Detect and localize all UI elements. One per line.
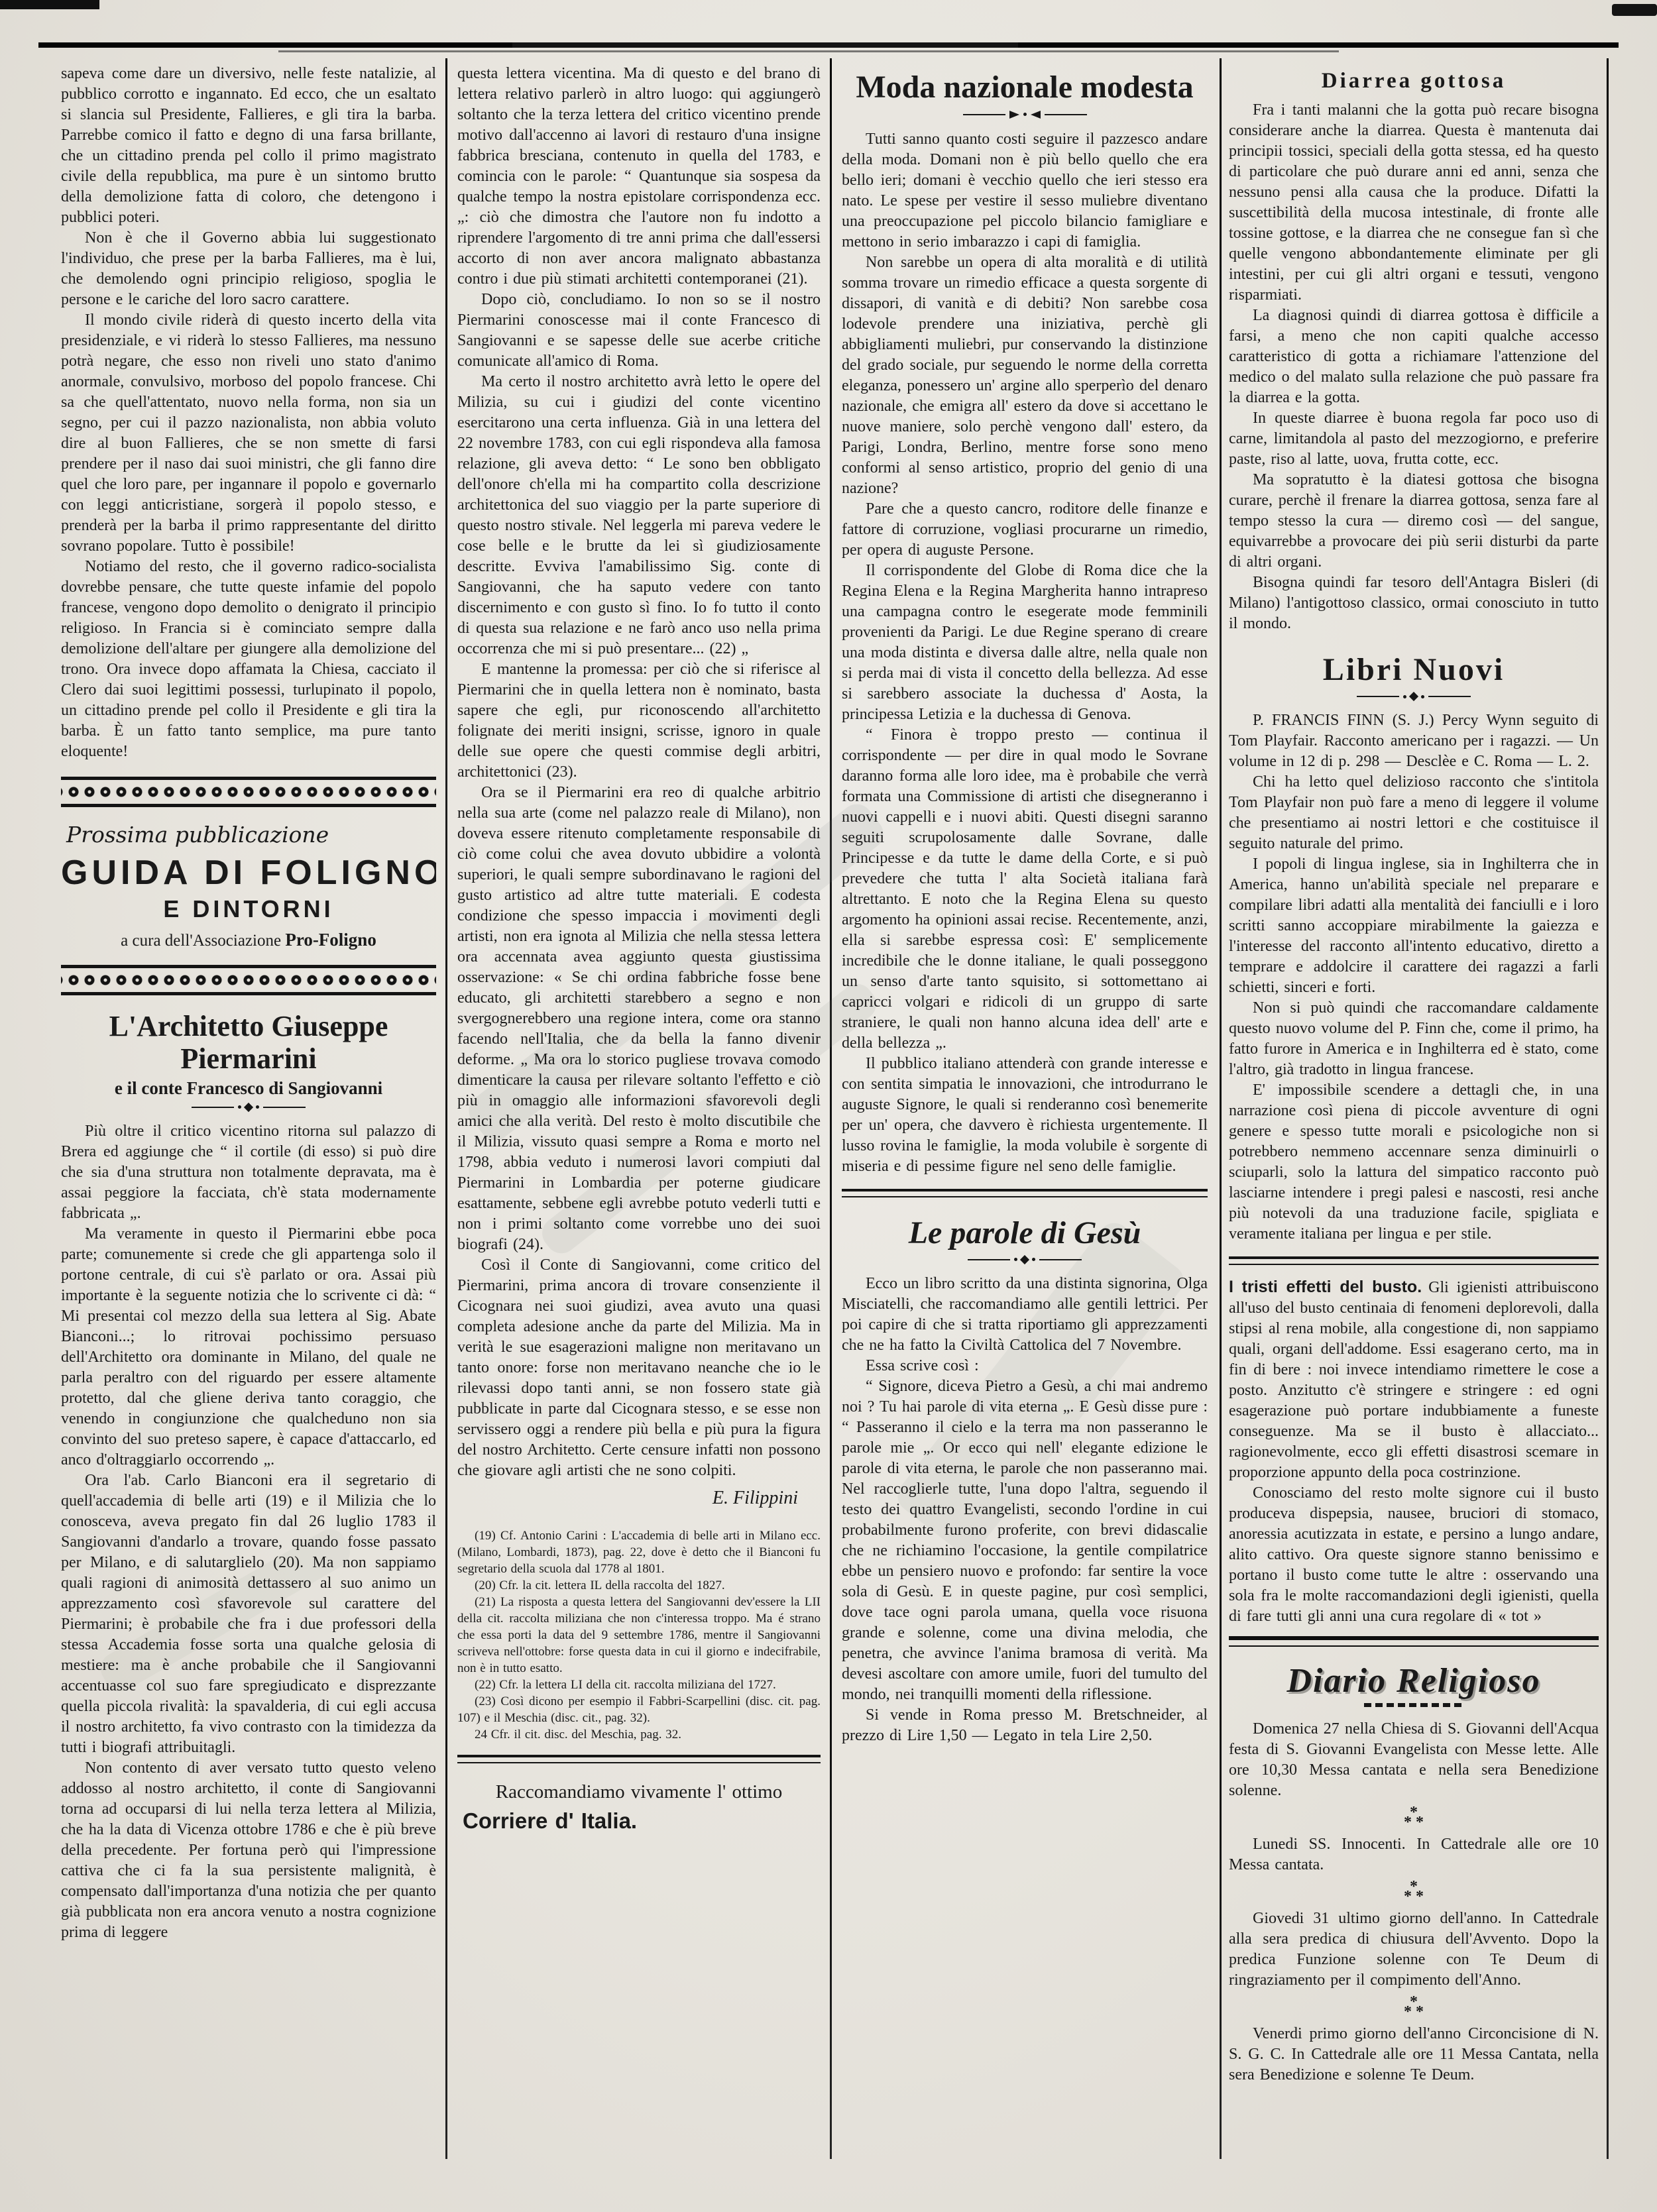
- column-divider-3: [1220, 58, 1222, 2159]
- ad-lead-line: Prossima pubblicazione: [61, 822, 436, 848]
- arrow-right-icon: [1009, 111, 1019, 119]
- paragraph: Bisogna quindi far tesoro dell'Antagra B…: [1229, 573, 1599, 634]
- paragraph: Il mondo civile riderà di questo incerto…: [61, 310, 436, 557]
- scan-smudge-right: [1612, 4, 1657, 16]
- ornament-dot: [256, 1105, 259, 1109]
- column-divider-4: [1607, 58, 1609, 2159]
- section-heading: Le parole di Gesù: [842, 1215, 1208, 1251]
- ornament-line: [192, 1107, 234, 1108]
- paragraph: Non è che il Governo abbia lui suggestio…: [61, 228, 436, 310]
- ad-title: GUIDA DI FOLIGNO: [61, 853, 436, 893]
- paragraph: questa lettera vicentina. Ma di questo e…: [457, 64, 821, 290]
- paragraph: Non sarebbe un opera di alta moralità e …: [842, 252, 1208, 499]
- paragraph: Domenica 27 nella Chiesa di S. Giovanni …: [1229, 1719, 1599, 1801]
- paragraph: “ Finora è troppo presto — continua il c…: [842, 725, 1208, 1054]
- diamond-ornament-icon: [842, 1256, 1208, 1263]
- paragraph: Dopo ciò, concludiamo. Io non so se il n…: [457, 290, 821, 372]
- paragraph: Giovedi 31 ultimo giorno dell'anno. In C…: [1229, 1908, 1599, 1991]
- diamond-ornament-icon: [61, 1104, 436, 1111]
- paragraph: E' impossibile scendere a dettagli che, …: [1229, 1080, 1599, 1244]
- paragraph: Conosciamo del resto molte signore cui i…: [1229, 1483, 1599, 1627]
- paragraph: Notiamo del resto, che il governo radico…: [61, 557, 436, 762]
- paragraph: Tutti sanno quanto costi seguire il pazz…: [842, 129, 1208, 252]
- paragraph: Fra i tanti malanni che la gotta può rec…: [1229, 100, 1599, 305]
- ornament-dot: [1023, 113, 1027, 116]
- asterism-line: * *: [1229, 1892, 1599, 1902]
- paragraph: E mantenne la promessa: per ciò che si r…: [457, 659, 821, 783]
- column-4: Diarrea gottosaFra i tanti malanni che l…: [1229, 64, 1599, 2203]
- paragraph: Il pubblico italiano attenderà con grand…: [842, 1054, 1208, 1177]
- asterism-line: * *: [1229, 1818, 1599, 1828]
- paragraph: Ecco un libro scritto da una distinta si…: [842, 1274, 1208, 1356]
- ad-recommendation-line: Raccomandiamo vivamente l' ottimo: [457, 1782, 821, 1802]
- ornament-dot: [1403, 695, 1406, 698]
- ornament-dot: [1014, 1258, 1017, 1261]
- section-heading: Moda nazionale modesta: [842, 70, 1208, 105]
- page-top-rule: [38, 42, 1619, 48]
- paragraph-lead-in: I tristi effetti del busto.: [1229, 1278, 1422, 1296]
- paragraph: La diagnosi quindi di diarrea gottosa è …: [1229, 305, 1599, 408]
- paragraph: Non si può quindi che raccomandare calda…: [1229, 998, 1599, 1080]
- ornament-line: [968, 1259, 1010, 1260]
- paragraph: Si vende in Roma presso M. Bretschneider…: [842, 1705, 1208, 1746]
- ad-newspaper-name: Corriere d' Italia.: [463, 1810, 821, 1831]
- ornament-line: [1357, 696, 1399, 697]
- diamond-ornament-icon: [1229, 693, 1599, 700]
- heavy-rule-divider: [1229, 1636, 1599, 1647]
- paragraph-text: Gli igienisti attribuiscono all'uso del …: [1229, 1279, 1599, 1481]
- ornament-dot: [238, 1105, 241, 1109]
- ad-credit-line: a cura dell'Associazione Pro-Foligno: [61, 930, 436, 950]
- ornament-dot: [1421, 695, 1424, 698]
- column-3: Moda nazionale modestaTutti sanno quanto…: [842, 64, 1208, 2203]
- asterism-line: * *: [1229, 2007, 1599, 2017]
- footnote: (22) Cfr. la lettera LI della cit. racco…: [457, 1677, 821, 1693]
- footnote: (20) Cfr. la cit. lettera IL della racco…: [457, 1577, 821, 1594]
- arrow-left-icon: [1031, 111, 1041, 119]
- scan-smudge-left: [0, 0, 99, 9]
- footnote: (23) Così dicono per esempio il Fabbri-S…: [457, 1693, 821, 1726]
- footnote: 24 Cfr. il cit. disc. del Meschia, pag. …: [457, 1726, 821, 1743]
- paragraph: Il corrispondente del Globe di Roma dice…: [842, 561, 1208, 725]
- paragraph: Così il Conte di Sangiovanni, come criti…: [457, 1255, 821, 1481]
- section-heading: L'Architetto Giuseppe Piermarini: [61, 1010, 436, 1076]
- paragraph: P. FRANCIS FINN (S. J.) Percy Wynn segui…: [1229, 710, 1599, 772]
- ornament-line: [1045, 114, 1087, 115]
- section-heading: Diarrea gottosa: [1229, 69, 1599, 93]
- ornament-line: [1039, 1259, 1082, 1260]
- ornament-line: [1428, 696, 1471, 697]
- page-top-rule-secondary: [278, 50, 1339, 52]
- double-rule-divider: [1229, 1256, 1599, 1265]
- paragraph: Lunedi SS. Innocenti. In Cattedrale alle…: [1229, 1834, 1599, 1875]
- column-divider-1: [445, 58, 447, 2159]
- asterism-separator: ** *: [1229, 1808, 1599, 1828]
- footnote: (19) Cf. Antonio Carini : L'accademia di…: [457, 1527, 821, 1577]
- ad-subtitle: E DINTORNI: [61, 895, 436, 923]
- section-subheading: e il conte Francesco di Sangiovanni: [61, 1078, 436, 1099]
- author-signature: E. Filippini: [457, 1488, 798, 1509]
- ornament-dot: [1032, 1258, 1035, 1261]
- ad-credit-association: Pro-Foligno: [285, 930, 376, 950]
- paragraph: Chi ha letto quel delizioso racconto che…: [1229, 772, 1599, 854]
- paragraph: Ma sopratutto è la diatesi gottosa che b…: [1229, 470, 1599, 573]
- paragraph: Ora l'ab. Carlo Bianconi era il segretar…: [61, 1470, 436, 1758]
- paragraph: “ Signore, diceva Pietro a Gesù, a chi m…: [842, 1376, 1208, 1705]
- double-rule-divider: [842, 1189, 1208, 1197]
- paragraph: Ma certo il nostro architetto avrà letto…: [457, 372, 821, 659]
- paragraph: Ora se il Piermarini era reo di qualche …: [457, 783, 821, 1255]
- paragraph: Non contento di aver versato tutto quest…: [61, 1758, 436, 1943]
- wavy-rule-ornament: [1364, 1703, 1463, 1707]
- ornament-line: [263, 1107, 306, 1108]
- asterism-separator: ** *: [1229, 1882, 1599, 1902]
- arrow-ornament-icon: [842, 111, 1208, 119]
- footnote: (21) La risposta a questa lettera del Sa…: [457, 1594, 821, 1677]
- paragraph: Venerdi primo giorno dell'anno Circoncis…: [1229, 2024, 1599, 2085]
- column-1: sapeva come dare un diversivo, nelle fes…: [61, 64, 436, 2203]
- paragraph: I popoli di lingua inglese, sia in Inghi…: [1229, 854, 1599, 998]
- column-2: questa lettera vicentina. Ma di questo e…: [457, 64, 821, 2203]
- diamond-icon: [1409, 692, 1418, 701]
- paragraph: In queste diarree è buona regola far poc…: [1229, 408, 1599, 470]
- decorative-scroll-border: [61, 777, 436, 807]
- column-divider-2: [830, 58, 832, 2159]
- ad-credit-text: a cura dell'Associazione: [121, 932, 285, 950]
- newspaper-page: { "paper": {"background": "#e8e5df", "in…: [0, 0, 1657, 2212]
- ornament-line: [963, 114, 1005, 115]
- diamond-icon: [244, 1102, 253, 1111]
- paragraph: Ma veramente in questo il Piermarini ebb…: [61, 1224, 436, 1470]
- paragraph: Più oltre il critico vicentino ritorna s…: [61, 1121, 436, 1224]
- asterism-separator: ** *: [1229, 1997, 1599, 2017]
- section-heading: Diario Religioso: [1229, 1661, 1599, 1700]
- decorative-scroll-border: [61, 965, 436, 995]
- double-rule-divider: [457, 1755, 821, 1763]
- paragraph: Essa scrive così :: [842, 1356, 1208, 1376]
- diamond-icon: [1020, 1255, 1029, 1264]
- paragraph: I tristi effetti del busto.Gli igienisti…: [1229, 1277, 1599, 1483]
- section-heading: Libri Nuovi: [1229, 651, 1599, 688]
- paragraph: sapeva come dare un diversivo, nelle fes…: [61, 64, 436, 228]
- paragraph: Pare che a questo cancro, roditore delle…: [842, 499, 1208, 561]
